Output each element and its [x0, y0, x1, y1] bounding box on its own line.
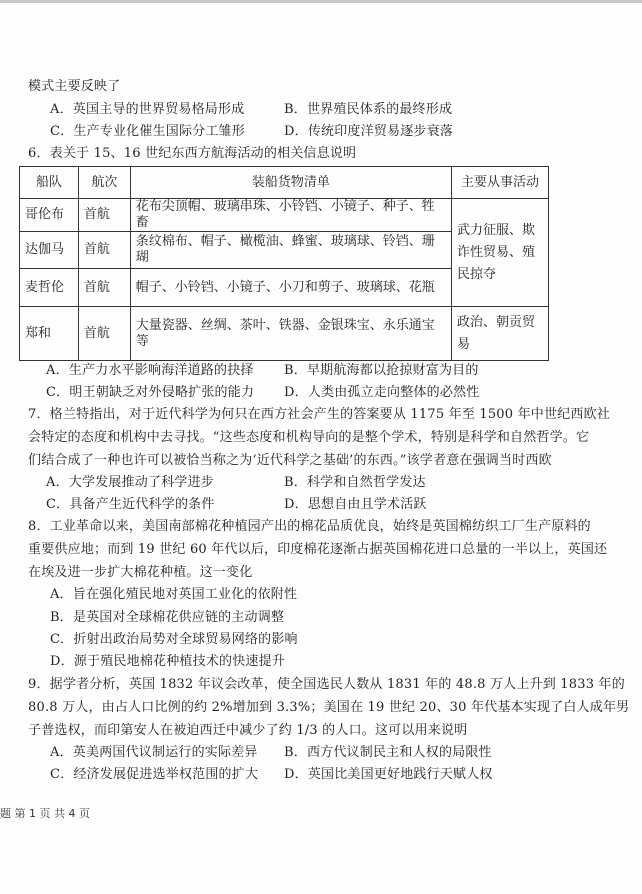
q6-option-a: A．生产力水平影响海洋道路的抉择: [46, 363, 254, 379]
fleet-cell: 达伽马: [20, 232, 79, 269]
q5-stem-end: 模式主要反映了: [28, 79, 120, 95]
q8-stem-line-1: 8．工业革命以来，美国南部棉花种植园产出的棉花品质优良，始终是英国棉纺织工厂生产…: [28, 519, 591, 535]
voyage-cell: 首航: [78, 307, 130, 361]
header-voyage: 航次: [78, 167, 130, 199]
q7-stem-line-3: 们结合成了一种也许可以被恰当称之为‘近代科学之基础’的东西。”该学者意在强调当时…: [28, 453, 552, 469]
q7-option-d: D．思想自由且学术活跃: [284, 497, 427, 513]
q5-option-b: B．世界殖民体系的最终形成: [284, 102, 452, 118]
q7-stem-line-2: 会特定的态度和机构中去寻找。“这些态度和机构导向的是整个学术，特别是科学和自然哲…: [28, 430, 589, 446]
q5-option-a: A．英国主导的世界贸易格局形成: [50, 102, 244, 118]
q9-stem-line-1: 9．据学者分析，英国 1832 年议会改革，使全国选民人数从 1831 年的 4…: [28, 677, 625, 693]
q9-stem-line-3: 子普选权，而印第安人在被迫西迁中减少了约 1/3 的人口。这可以用来说明: [28, 723, 467, 739]
cargo-cell: 花布尖顶帽、玻璃串珠、小铃铛、小镜子、种子、牲畜: [130, 199, 451, 232]
q6-option-d: D．人类由孤立走向整体的必然性: [284, 385, 479, 401]
table-row: 哥伦布 首航 花布尖顶帽、玻璃串珠、小铃铛、小镜子、种子、牲畜 武力征服、欺诈性…: [20, 199, 549, 232]
q6-stem: 6．表关于 15、16 世纪东西方航海活动的相关信息说明: [28, 146, 356, 162]
activity-zhenghe-text: 政治、朝贡贸易: [457, 312, 541, 356]
fleet-cell: 郑和: [20, 307, 79, 361]
q8-option-a: A．旨在强化殖民地对英国工业化的依附性: [50, 587, 297, 603]
q9-option-a: A．英美两国代议制运行的实际差异: [50, 745, 258, 761]
page-footer: 题 第 1 页 共 4 页: [0, 805, 90, 821]
q9-stem-line-2: 80.8 万人，由占人口比例的约 2%增加到 3.3%；美国在 19 世纪 20…: [28, 700, 629, 716]
q7-option-c: C．具备产生近代科学的条件: [46, 497, 215, 513]
header-activity: 主要从事活动: [451, 167, 548, 199]
q8-option-c: C．折射出政治局势对全球贸易网络的影响: [50, 632, 298, 648]
q8-stem-line-3: 在埃及进一步扩大棉花种植。这一变化: [28, 565, 252, 581]
q7-stem-line-1: 7．格兰特指出，对于近代科学为何只在西方社会产生的答案要从 1175 年至 15…: [28, 407, 610, 423]
q7-option-a: A．大学发展推动了科学进步: [46, 475, 214, 491]
q9-option-d: D．英国比美国更好地践行天赋人权: [284, 767, 493, 783]
cargo-cell: 条纹棉布、帽子、橄榄油、蜂蜜、玻璃球、铃铛、珊瑚: [130, 232, 451, 269]
fleet-cell: 哥伦布: [20, 199, 79, 232]
cargo-cell: 大量瓷器、丝绸、茶叶、铁器、金银珠宝、永乐通宝等: [130, 307, 451, 361]
q6-option-b: B．早期航海都以抢掠财富为目的: [284, 363, 479, 379]
q5-option-c: C．生产专业化催生国际分工雏形: [50, 124, 245, 140]
q9-option-c: C．经济发展促进选举权范围的扩大: [50, 767, 258, 783]
q7-option-b: B．科学和自然哲学发达: [284, 475, 426, 491]
q6-voyage-table: 船队 航次 装船货物清单 主要从事活动 哥伦布 首航 花布尖顶帽、玻璃串珠、小铃…: [19, 166, 549, 361]
page-top-border: [0, 0, 642, 3]
activity-cell-west: 武力征服、欺诈性贸易、殖民掠夺: [451, 199, 548, 307]
q8-option-b: B．是英国对全球棉花供应链的主动调整: [50, 610, 284, 626]
header-cargo: 装船货物清单: [130, 167, 451, 199]
voyage-cell: 首航: [78, 269, 130, 307]
activity-west-text: 武力征服、欺诈性贸易、殖民掠夺: [457, 220, 541, 286]
table-header-row: 船队 航次 装船货物清单 主要从事活动: [20, 167, 549, 199]
activity-cell-zhenghe: 政治、朝贡贸易: [451, 307, 548, 361]
cargo-cell: 帽子、小铃铛、小镜子、小刀和剪子、玻璃球、花瓶: [130, 269, 451, 307]
q8-option-d: D．源于殖民地棉花种植技术的快速提升: [50, 654, 285, 670]
voyage-cell: 首航: [78, 199, 130, 232]
q9-option-b: B．西方代议制民主和人权的局限性: [284, 745, 492, 761]
table-row: 郑和 首航 大量瓷器、丝绸、茶叶、铁器、金银珠宝、永乐通宝等 政治、朝贡贸易: [20, 307, 549, 361]
q5-option-d: D．传统印度洋贸易逐步衰落: [284, 124, 453, 140]
header-fleet: 船队: [20, 167, 79, 199]
voyage-cell: 首航: [78, 232, 130, 269]
q8-stem-line-2: 重要供应地；而到 19 世纪 60 年代以后，印度棉花逐渐占据英国棉花进口总量的…: [28, 542, 607, 558]
fleet-cell: 麦哲伦: [20, 269, 79, 307]
q6-option-c: C．明王朝缺乏对外侵略扩张的能力: [46, 385, 254, 401]
